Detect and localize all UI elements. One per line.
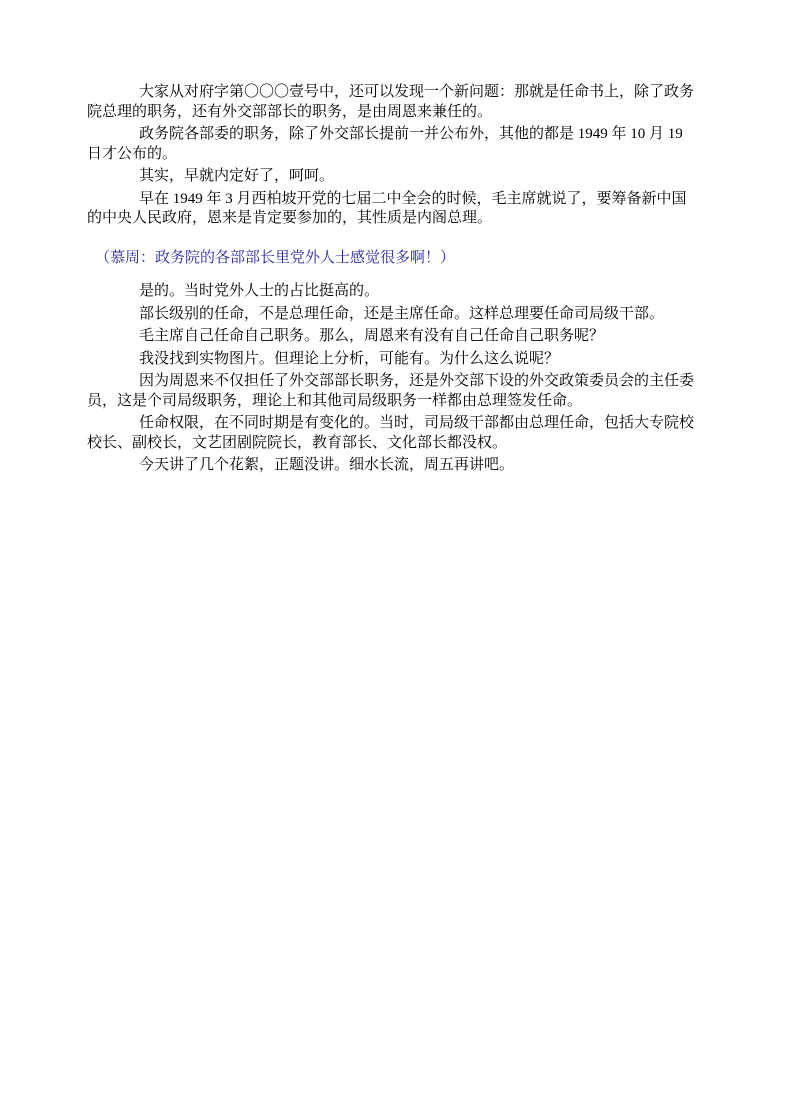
body-text-line: 日才公布的。	[87, 145, 707, 165]
body-text-line: 大家从对府字第〇〇〇壹号中，还可以发现一个新问题：那就是任命书上，除了政务	[87, 83, 707, 103]
body-text-line: 我没找到实物图片。但理论上分析，可能有。为什么这么说呢？	[87, 350, 707, 370]
body-text-line: 部长级别的任命，不是总理任命，还是主席任命。这样总理要任命司局级干部。	[87, 305, 707, 325]
paragraph: 任命权限，在不同时期是有变化的。当时，司局级干部都由总理任命，包括大专院校 校长…	[87, 414, 707, 453]
paragraph: 毛主席自己任命自己职务。那么，周恩来有没有自己任命自己职务呢？	[87, 327, 707, 347]
paragraph: 部长级别的任命，不是总理任命，还是主席任命。这样总理要任命司局级干部。	[87, 305, 707, 325]
body-text-line: 院总理的职务，还有外交部部长的职务，是由周恩来兼任的。	[87, 103, 707, 123]
body-text-line: 的中央人民政府，恩来是肯定要参加的，其性质是内阁总理。	[87, 209, 707, 229]
body-text-line: 今天讲了几个花絮，正题没讲。细水长流，周五再讲吧。	[87, 456, 707, 476]
body-text-line: 毛主席自己任命自己职务。那么，周恩来有没有自己任命自己职务呢？	[87, 327, 707, 347]
document-body: 大家从对府字第〇〇〇壹号中，还可以发现一个新问题：那就是任命书上，除了政务 院总…	[87, 83, 707, 479]
paragraph: 政务院各部委的职务，除了外交部长提前一并公布外，其他的都是 1949 年 10 …	[87, 125, 707, 164]
paragraph: 因为周恩来不仅担任了外交部部长职务，还是外交部下设的外交政策委员会的主任委 员，…	[87, 372, 707, 411]
paragraph: 大家从对府字第〇〇〇壹号中，还可以发现一个新问题：那就是任命书上，除了政务 院总…	[87, 83, 707, 122]
body-text-line: 校长、副校长，文艺团剧院院长，教育部长、文化部长都没权。	[87, 434, 707, 454]
paragraph: 我没找到实物图片。但理论上分析，可能有。为什么这么说呢？	[87, 350, 707, 370]
body-text-line: 早在 1949 年 3 月西柏坡开党的七届二中全会的时候，毛主席就说了，要筹备新…	[87, 190, 707, 210]
body-text-line: 任命权限，在不同时期是有变化的。当时，司局级干部都由总理任命，包括大专院校	[87, 414, 707, 434]
body-text-line: 其实，早就内定好了，呵呵。	[87, 167, 707, 187]
document-page: 大家从对府字第〇〇〇壹号中，还可以发现一个新问题：那就是任命书上，除了政务 院总…	[0, 0, 800, 1100]
reader-comment-line: （慕周：政务院的各部部长里党外人士感觉很多啊！）	[87, 249, 707, 269]
body-text-line: 是的。当时党外人士的占比挺高的。	[87, 282, 707, 302]
paragraph: 其实，早就内定好了，呵呵。	[87, 167, 707, 187]
body-text-line: 政务院各部委的职务，除了外交部长提前一并公布外，其他的都是 1949 年 10 …	[87, 125, 707, 145]
body-text-line: 因为周恩来不仅担任了外交部部长职务，还是外交部下设的外交政策委员会的主任委	[87, 372, 707, 392]
body-text-line: 员，这是个司局级职务，理论上和其他司局级职务一样都由总理签发任命。	[87, 392, 707, 412]
paragraph: 今天讲了几个花絮，正题没讲。细水长流，周五再讲吧。	[87, 456, 707, 476]
paragraph: 早在 1949 年 3 月西柏坡开党的七届二中全会的时候，毛主席就说了，要筹备新…	[87, 190, 707, 229]
reader-comment: （慕周：政务院的各部部长里党外人士感觉很多啊！）	[87, 249, 707, 269]
paragraph: 是的。当时党外人士的占比挺高的。	[87, 282, 707, 302]
